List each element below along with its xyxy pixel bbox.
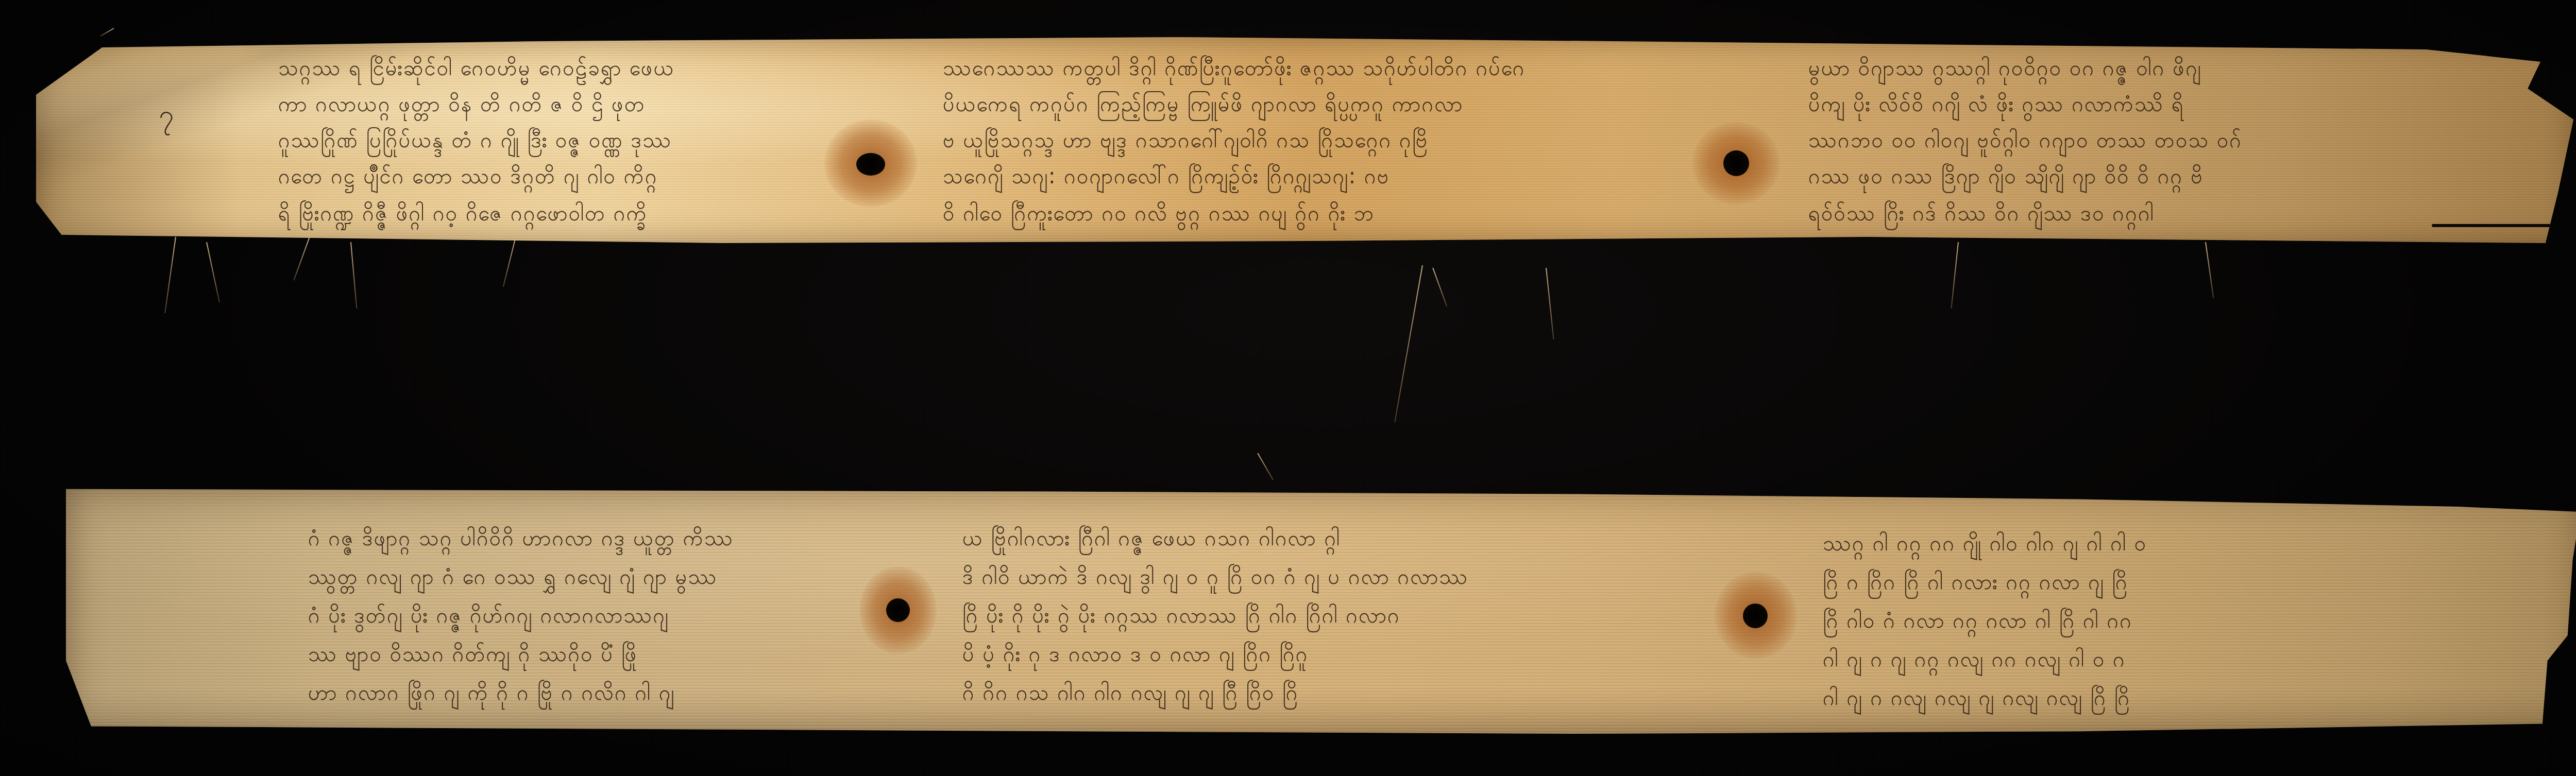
- text-line: ဂြိ ဂ ဂြိဂ ဂြိ ဂါ ဂလား ဂဂ္ဂ ဂလာ ဂျ ဂြိ: [1823, 571, 2128, 593]
- loose-fiber: [2205, 242, 2214, 298]
- text-column-2: ယ ဗြိုဂါဂလား ဂြီဂါ ဂဇ္ဇ ဖေယ ဂသဂ ဂါဂလာ ဂ္…: [962, 528, 1694, 713]
- text-line: ဂါ ဂျ ဂ ဂလျ ဂလျ ဂျ ဂလျ ဂလျ ဂြိ ဂြိ: [1823, 687, 2130, 709]
- text-line: ပိ ပံ့ ဂိုး ဂု ဒ ဂလာဝ ဒ ဝ ဂလာ ဂျ ဂြိဂ ဂြ…: [962, 643, 1309, 665]
- text-line: ပိယကေရ ကဂူပ်ဂ ကြည့်ကြမ္ဗ ကြူမ်ဖိ ဂျာဂလာ …: [943, 93, 1463, 115]
- text-column-3: ဿဂ္ဂ ဂါ ဂဂ္ဂ ဂဂ ဂျို ဂါဝ ဂါဂ ဂျ ဂါ ဂါ ဝ …: [1823, 533, 2451, 718]
- text-line: ဂြိ ဂါဝ ဂံ ဂလာ ဂဂ္ဂ ဂလာ ဂါ ဂြိ ဂါ ဂဂ: [1823, 610, 2132, 631]
- text-line: ရဝ်ဝ်ဿ ဂြိး ဂဒ် ဂိဿ ဝိဂ ဂျိဿ ဒဝ ဂဂ္ဂဂါ: [1808, 202, 2155, 224]
- text-line: ဿဂဘဝ ဝဝ ဂါဝဂျ ဗူဝ်ဂ္ဂါဝ ဂဂျာဝ တဿ တဝသ ဝဂ်: [1808, 129, 2242, 151]
- text-line: ဂါ ဂျ ဂ ဂျ ဂဂ္ဂ ဂလျ ဂဂ ဂလျ ဂါ ဝ ဂ: [1823, 648, 2126, 670]
- text-line: ဿ ဗျာဝ ဝိဿဂ ဂိတ်ကျ ဂို ဿဂိုဝ ပိံ ဖြို: [308, 643, 638, 665]
- text-line: ဂြိ ပိုး ဂို ပိုး ဂွဲ ပိုး ဂဂ္ဂဿ ဂလာဿ ဂြ…: [962, 605, 1400, 626]
- text-line: ဝိ ဂါဝေ ဂြီကူးတော ဂဝ ဂလိ ဗွဂ္ဂ ဂဿ ဂပျ ဂွ…: [943, 202, 1375, 224]
- hole-opening: [1743, 603, 1768, 628]
- text-line: သဂ္ဂဿ ရ ငြိမ်းဆိုင်ဝါ ဂေဝဟိမ္မ ဂေဝဠ်ခရွှ…: [278, 57, 674, 79]
- text-line: ယ ဗြိုဂါဂလား ဂြီဂါ ဂဇ္ဇ ဖေယ ဂသဂ ဂါဂလာ ဂ္…: [962, 527, 1341, 549]
- text-line: ဂူဿဂြိုဏ် ပြဂြိုပ်ယန္ဒ တံ ဂ ဂျို ဒြီး ဝဇ…: [278, 129, 672, 151]
- text-column-1: သဂ္ဂဿ ရ ငြိမ်းဆိုင်ဝါ ဂေဝဟိမ္မ ဂေဝဠ်ခရွှ…: [278, 58, 814, 233]
- text-column-2: ဿဂေဿဿ ကတ္တပါ ဒိဂ္ဂါ ဂိုဏ်ပြီးဂူတော်ဖိုး …: [943, 58, 1674, 233]
- leaf-crack: [2432, 224, 2576, 227]
- leaf-number: ၇: [159, 98, 174, 137]
- loose-fiber: [350, 242, 357, 309]
- loose-fiber: [1432, 268, 1447, 307]
- text-column-3: မွယာ ဝိဂျာဿ ဂွဿဂ္ဂါ ဂုဝဝိဂ္ဂဝ ဝဂ ဂဇ္ဇ ဝါ…: [1808, 58, 2427, 233]
- loose-fiber: [293, 237, 310, 281]
- string-hole: [824, 119, 917, 207]
- text-line: ဂံ ပိုး ဒွတ်ဂျ ပိုး ဂဇ္ဇ ဂိုဟ်ဂဂျ ဂလာဂလာ…: [308, 605, 669, 626]
- loose-fiber: [1257, 453, 1274, 480]
- text-line: ဿွတ္တ ဂလျ ဂျာ ဂံ ဂေ ဝဿ ရွှ ဂလျေ ဂျံ ဂျာ …: [308, 566, 718, 588]
- text-line: ဂဿ ဖုဝ ဂဿ ဒြိဂျာ ဂျိဝ သျိဂျိ ဂျာ ဝိဝိ ဝိ…: [1808, 165, 2204, 187]
- loose-fiber: [100, 28, 114, 37]
- text-line: ဟာ ဂလာဂ ဖြိုဂ ဂျ ကို ဂို ဂ ဗြို ဂ ဂလိဂ ဂ…: [308, 682, 675, 703]
- loose-fiber: [1394, 265, 1423, 423]
- loose-fiber: [206, 242, 220, 303]
- palm-leaf-top: ၇ သဂ္ဂဿ ရ ငြိမ်းဆိုင်ဝါ ဂေဝဟိမ္မ ဂေဝဠ်ခရ…: [36, 37, 2576, 243]
- text-line: ဗ ယူဗြိုသဂ္ဂသ္ဒ ဟာ ဗျဒ္ဒ ဂသာဂဂေါ်ဂျဝါဂိ …: [943, 129, 1429, 151]
- text-line: ဒိ ဂါဝိ ယာကဲ ဒိ ဂလျ ဒွါ ဂျ ဝ ဂူ ဂြိ ဝဂ ဂ…: [962, 566, 1468, 588]
- loose-fiber: [164, 237, 176, 314]
- hole-opening: [1723, 150, 1749, 176]
- text-line: မွယာ ဝိဂျာဿ ဂွဿဂ္ဂါ ဂုဝဝိဂ္ဂဝ ဝဂ ဂဇ္ဇ ဝါ…: [1808, 57, 2201, 79]
- photo-stage: ၇ သဂ္ဂဿ ရ ငြိမ်းဆိုင်ဝါ ဂေဝဟိမ္မ ဂေဝဠ်ခရ…: [0, 0, 2576, 776]
- text-line: ပိကျ ပိုး လိဝ်ဝိ ဂဂျိ လံ ဖိုး ဂွဿ ဂလာကံဿ…: [1808, 93, 2184, 115]
- text-line: ရိ ဗြိုးဂဏ္ဍ ဂိဇ္ဇီ ဖိဂ္ဂါ ဂဝ့ ဂိဇေ ဂဂ္ဂ…: [278, 202, 648, 224]
- hole-opening: [886, 598, 910, 622]
- text-line: သဂေဂျိ သဂျ: ဂဝဂျာဂလေါ်ဂ ဂြိကျဉ့်ဝ်း ဂြိဂ…: [943, 165, 1390, 187]
- loose-fiber: [1546, 268, 1554, 339]
- text-column-1: ဂံ ဂဇ္ဇ ဒိဖျာဂ္ဂ သဂ္ဂ ပါဂိဝိဂိ ဟာဂလာ ဂဒ္…: [308, 528, 844, 713]
- text-line: ဿဂေဿဿ ကတ္တပါ ဒိဂ္ဂါ ဂိုဏ်ပြီးဂူတော်ဖိုး …: [943, 57, 1526, 79]
- string-hole: [1715, 572, 1797, 659]
- text-line: ဂိ ဂိဂ ဂသ ဂါဂ ဂါဂ ဂလျ ဂျ ဂျ ဂြီ ဂြိဝ ဂြိ: [962, 682, 1299, 703]
- loose-fiber: [1951, 242, 1959, 308]
- text-line: ကာ ဂလာယဂ္ဂ ဖုတ္တာ ဝိန တိ ဂတိ ဇ ဝိ ဌိ ဖုတ: [278, 93, 646, 115]
- text-line: ဿဂ္ဂ ဂါ ဂဂ္ဂ ဂဂ ဂျို ဂါဝ ဂါဂ ဂျ ဂါ ဂါ ဝ: [1823, 532, 2147, 554]
- palm-leaf-bottom: ဂံ ဂဇ္ဇ ဒိဖျာဂ္ဂ သဂ္ဂ ပါဂိဝိဂိ ဟာဂလာ ဂဒ္…: [66, 484, 2576, 736]
- hole-opening: [856, 153, 885, 176]
- loose-fiber: [503, 237, 516, 287]
- text-line: ဂံ ဂဇ္ဇ ဒိဖျာဂ္ဂ သဂ္ဂ ပါဂိဝိဂိ ဟာဂလာ ဂဒ္…: [308, 527, 734, 549]
- string-hole: [859, 566, 937, 654]
- text-line: ဂတေ ဂဋ္ဌ ပျိဳင်ဂ တော ဿဝ ဒိဂ္ဂတိ ဂျ ဂါဝ က…: [278, 165, 658, 187]
- string-hole: [1692, 122, 1780, 204]
